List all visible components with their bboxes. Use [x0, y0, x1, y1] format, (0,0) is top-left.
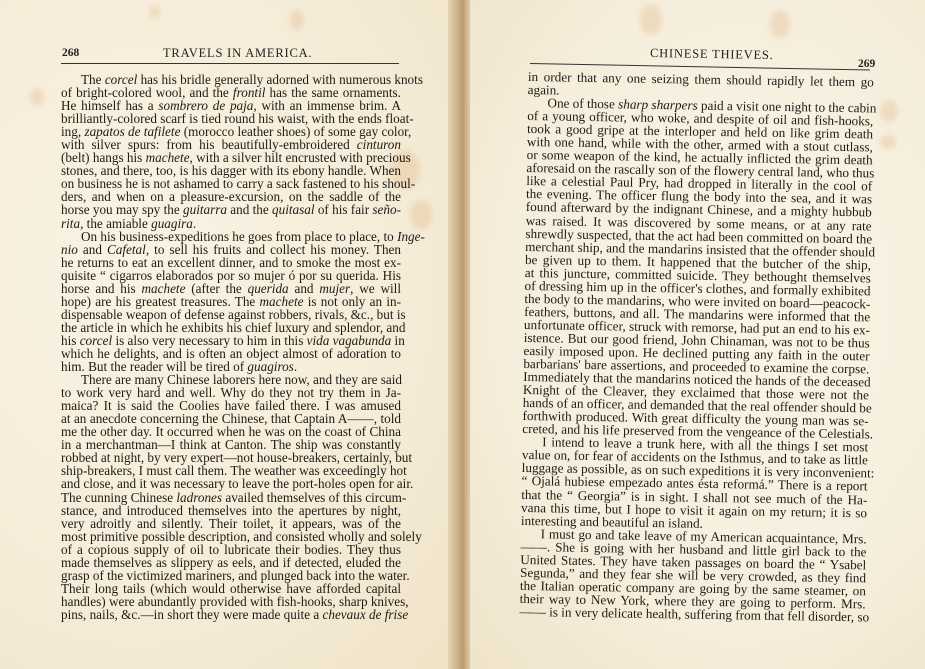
text-line: pins, nails, &c.—in short they were made…: [61, 608, 401, 621]
text-line: and close, and it was necessary to leave…: [61, 477, 401, 490]
left-page-body: The corcel has his bridle generally ador…: [61, 73, 401, 621]
right-page: CHINESE THIEVES. 269 in order that any o…: [470, 0, 925, 669]
page-number: 269: [858, 58, 875, 70]
text-line: The cunning Chinese ladrones availed the…: [61, 491, 401, 504]
running-head: TRAVELS IN AMERICA.: [163, 46, 312, 61]
book-spread: 268 TRAVELS IN AMERICA. The corcel has h…: [0, 0, 925, 669]
foxing-stain: [640, 5, 662, 35]
foxing-stain: [880, 100, 898, 122]
foxing-stain: [770, 10, 790, 38]
header-rule: [61, 63, 399, 64]
text-line: he returns to eat an excellent dinner, a…: [61, 256, 401, 269]
text-line: —— is in very delicate health, suffering…: [519, 605, 865, 623]
text-line: grasp of the victimized mariners, and pl…: [61, 569, 401, 582]
foxing-stain: [880, 135, 896, 149]
foxing-stain: [410, 200, 432, 230]
text-line: made themselves as slippery as eels, and…: [61, 556, 401, 569]
text-line: stance, and introduced themselves into t…: [61, 504, 401, 517]
right-page-body: in order that any one seizing them shoul…: [519, 70, 874, 623]
text-line: most primitive possible description, and…: [61, 530, 401, 543]
text-line: of a copious supply of oil to lubricate …: [61, 543, 401, 556]
text-line: very adroitly and silently. Their toilet…: [61, 517, 401, 530]
foxing-stain: [150, 5, 160, 19]
foxing-stain: [290, 10, 304, 30]
text-line: hope) are his greatest treasures. The ma…: [61, 295, 401, 308]
text-line: horse and his machete (after the querida…: [61, 282, 401, 295]
text-line: rita, the amiable guagira.: [61, 217, 401, 230]
text-line: dispensable weapon of defense against ro…: [61, 308, 401, 321]
left-page: 268 TRAVELS IN AMERICA. The corcel has h…: [0, 0, 455, 669]
running-head: CHINESE THIEVES.: [650, 46, 774, 63]
text-line: horse you may spy the guitarra and the q…: [61, 203, 401, 216]
text-line: nio and Cafetal, to sell his fruits and …: [61, 243, 401, 256]
text-line: Their long tails (which would otherwise …: [61, 582, 401, 595]
page-number: 268: [62, 47, 79, 59]
foxing-stain: [30, 88, 44, 106]
